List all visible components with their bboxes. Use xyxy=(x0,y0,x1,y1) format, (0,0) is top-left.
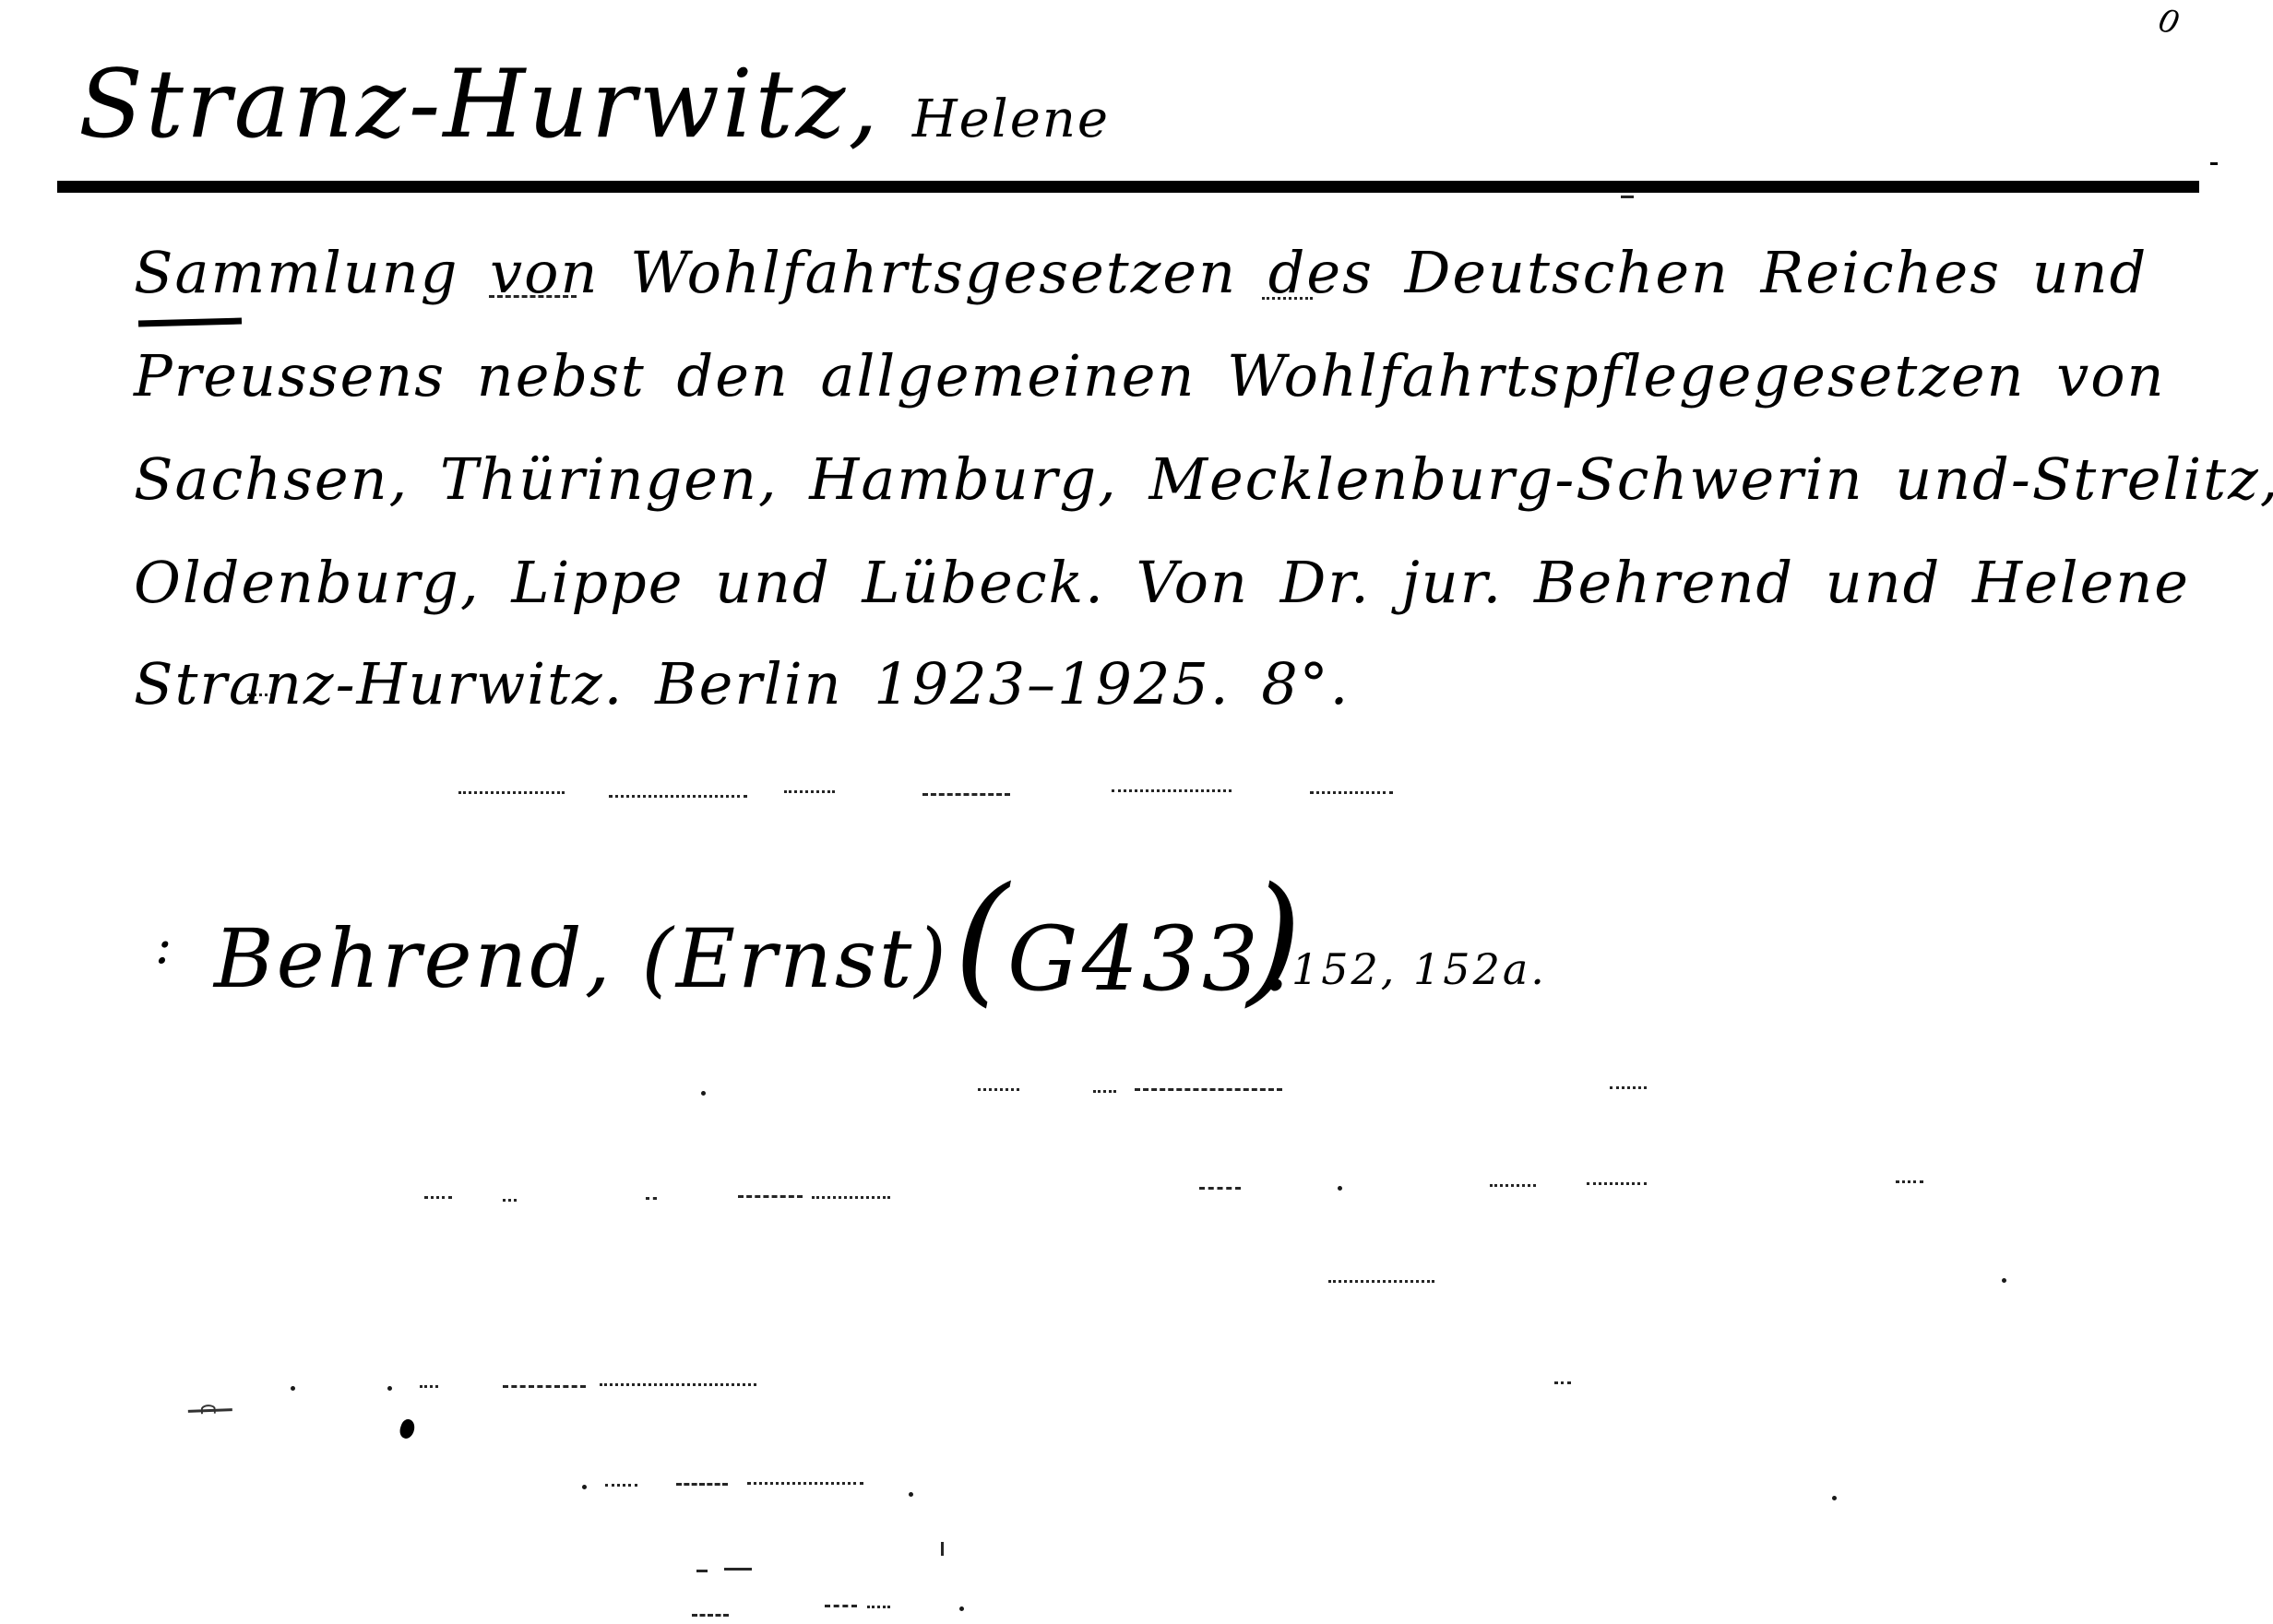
scan-artifact xyxy=(2002,1278,2006,1283)
scan-artifact xyxy=(420,1385,438,1388)
scan-artifact xyxy=(812,1196,890,1199)
scan-artifact xyxy=(1587,1182,1647,1185)
catalog-card: 0 Stranz-Hurwitz, Helene Sammlung von Wo… xyxy=(0,0,2273,1624)
scan-artifact xyxy=(978,1088,1019,1091)
scan-artifact xyxy=(458,791,565,794)
scan-artifact xyxy=(600,1383,756,1386)
title-lead-underline xyxy=(138,318,242,327)
scan-artifact xyxy=(1554,1381,1571,1384)
scan-artifact xyxy=(489,295,577,298)
scan-artifact xyxy=(909,1492,913,1497)
scan-artifact xyxy=(784,790,835,793)
scan-artifact xyxy=(941,1542,944,1556)
scan-artifact xyxy=(867,1606,890,1608)
scan-artifact xyxy=(1310,791,1393,794)
scan-artifact xyxy=(605,1484,637,1487)
scan-artifact xyxy=(503,1385,586,1388)
ink-blob xyxy=(398,1417,417,1440)
scan-artifact xyxy=(1896,1180,1923,1183)
heading-rule-tail xyxy=(2210,162,2218,165)
title-line-4: Oldenburg, Lippe und Lübeck. Von Dr. jur… xyxy=(134,551,2190,614)
scan-artifact xyxy=(1135,1088,1282,1091)
scan-artifact xyxy=(959,1606,964,1611)
scan-artifact xyxy=(696,1570,708,1572)
scan-artifact xyxy=(1490,1184,1536,1187)
title-line-5: Stranz-Hurwitz. Berlin 1923–1925. 8°. xyxy=(134,653,1350,716)
scan-artifact xyxy=(188,1408,232,1422)
title-line-3: Sachsen, Thüringen, Hamburg, Mecklenburg… xyxy=(134,448,2273,511)
scan-artifact xyxy=(646,1197,657,1200)
scan-artifact xyxy=(747,1482,863,1485)
scan-artifact xyxy=(609,795,747,798)
scan-artifact xyxy=(503,1199,517,1202)
scan-artifact xyxy=(1621,196,1634,198)
title-line-2: Preussens nebst den allgemeinen Wohlfahr… xyxy=(134,345,2166,408)
scan-artifact xyxy=(1112,789,1232,792)
cross-reference-colon: : xyxy=(155,919,172,973)
scan-artifact xyxy=(676,1483,728,1486)
scan-artifact xyxy=(1328,1280,1434,1283)
title-line-1: Sammlung von Wohlfahrtsgesetzen des Deut… xyxy=(134,242,2148,304)
scan-artifact xyxy=(424,1196,452,1199)
scan-artifact xyxy=(825,1605,857,1607)
scan-artifact xyxy=(387,1386,392,1391)
scan-artifact xyxy=(922,793,1010,796)
scan-artifact xyxy=(291,1386,295,1391)
shelfmark-numbers: 152, 152a. xyxy=(1291,946,1547,993)
cross-reference-name: Behrend, (Ernst) xyxy=(214,915,949,1004)
heading-rule xyxy=(57,181,2199,193)
author-surname: Stranz-Hurwitz, xyxy=(78,53,881,157)
author-heading: Stranz-Hurwitz, Helene xyxy=(78,53,1110,157)
scan-artifact xyxy=(692,1614,729,1617)
author-given-name: Helene xyxy=(912,91,1110,148)
shelfmark-paren-open: ( xyxy=(954,869,1008,1009)
scan-artifact xyxy=(1338,1186,1342,1191)
scan-artifact xyxy=(1610,1086,1647,1089)
scan-artifact xyxy=(1262,297,1313,300)
title-line-1-lead: Sa xyxy=(134,239,210,306)
scan-artifact xyxy=(582,1485,587,1489)
scan-artifact xyxy=(1093,1090,1116,1093)
scan-artifact xyxy=(1832,1496,1837,1500)
scan-artifact xyxy=(247,693,273,696)
scan-artifact xyxy=(1199,1187,1241,1190)
scan-artifact xyxy=(738,1195,803,1198)
scan-artifact xyxy=(724,1568,752,1571)
scan-artifact xyxy=(701,1091,706,1096)
corner-mark: 0 xyxy=(2155,4,2183,42)
